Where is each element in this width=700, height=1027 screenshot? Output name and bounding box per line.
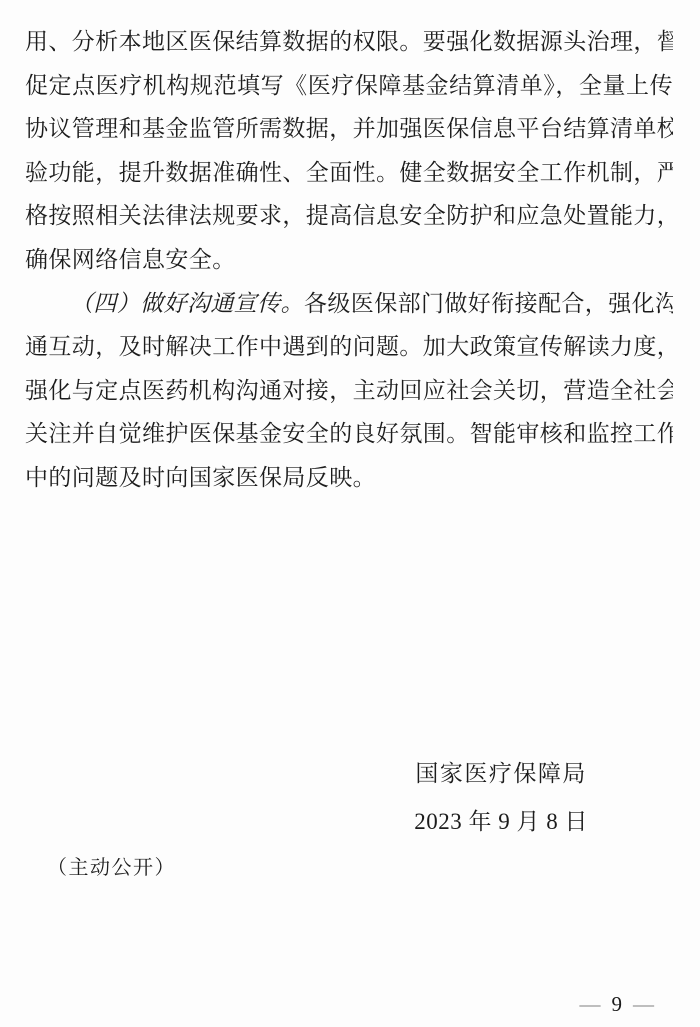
body-text: 用、分析本地区医保结算数据的权限。要强化数据源头治理，督 促定点医疗机构规范填写… <box>25 20 673 500</box>
paragraph-heading: （四）做好沟通宣传。 <box>70 291 304 316</box>
body-text-line: （四）做好沟通宣传。各级医保部门做好衔接配合，强化沟 <box>25 282 673 326</box>
body-text-segment: 各级医保部门做好衔接配合，强化沟 <box>304 291 673 316</box>
page-number: 9 <box>612 991 623 1017</box>
body-text-line: 通互动，及时解决工作中遇到的问题。加大政策宣传解读力度， <box>25 325 673 369</box>
footer-dash-right: — <box>633 992 654 1016</box>
disclosure-note: （主动公开） <box>47 850 176 886</box>
body-text-line: 促定点医疗机构规范填写《医疗保障基金结算清单》，全量上传 <box>25 64 673 108</box>
signature-date: 2023 年 9 月 8 日 <box>414 797 588 847</box>
body-text-line: 协议管理和基金监管所需数据，并加强医保信息平台结算清单校 <box>25 107 673 151</box>
body-text-line: 确保网络信息安全。 <box>25 238 673 282</box>
signature-agency: 国家医疗保障局 <box>414 750 588 797</box>
body-text-line: 用、分析本地区医保结算数据的权限。要强化数据源头治理，督 <box>25 20 673 64</box>
body-text-line: 验功能，提升数据准确性、全面性。健全数据安全工作机制，严 <box>25 151 673 195</box>
signature-block: 国家医疗保障局 2023 年 9 月 8 日 <box>414 750 588 847</box>
body-text-line: 格按照相关法律法规要求，提高信息安全防护和应急处置能力， <box>25 194 673 238</box>
page-number-footer: —9— <box>580 991 655 1017</box>
body-text-line: 强化与定点医药机构沟通对接，主动回应社会关切，营造全社会 <box>25 369 673 413</box>
document-page: 用、分析本地区医保结算数据的权限。要强化数据源头治理，督 促定点医疗机构规范填写… <box>0 0 700 1027</box>
footer-dash-left: — <box>580 992 601 1016</box>
body-text-line: 中的问题及时向国家医保局反映。 <box>25 456 673 500</box>
body-text-line: 关注并自觉维护医保基金安全的良好氛围。智能审核和监控工作 <box>25 412 673 456</box>
